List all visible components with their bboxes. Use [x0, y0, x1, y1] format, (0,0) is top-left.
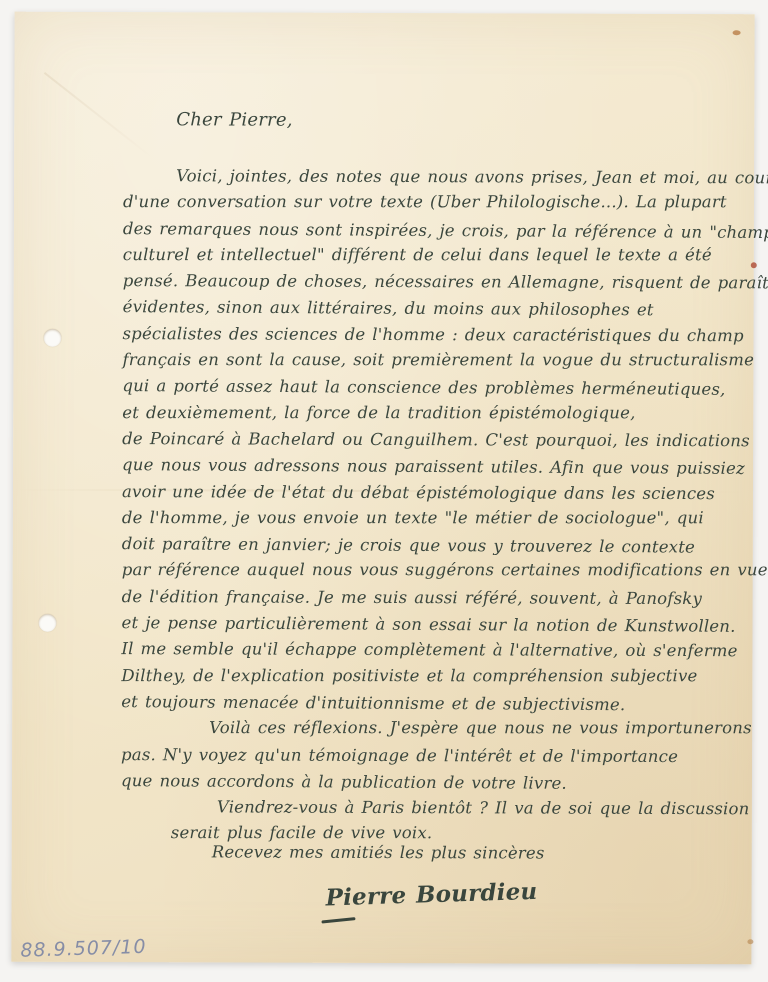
- letter-line: Il me semble qu'il échappe complètement …: [121, 636, 757, 665]
- signature: Pierre Bourdieu: [325, 878, 538, 912]
- letter-line: par référence auquel nous vous suggérons…: [122, 558, 758, 585]
- salutation: Cher Pierre,: [176, 109, 292, 130]
- letter-line: et deuxièmement, la force de la traditio…: [122, 400, 758, 427]
- letter-line: avoir une idée de l'état du débat épisté…: [122, 479, 758, 508]
- letter-line: évidentes, sinon aux littéraires, du moi…: [123, 295, 759, 325]
- letter-line: de l'édition française. Je me suis aussi…: [122, 584, 758, 613]
- letter-paper: Cher Pierre, Voici, jointes, des notes q…: [11, 12, 754, 965]
- letter-line: Voici, jointes, des notes que nous avons…: [123, 163, 759, 192]
- letter-line: et je pense particulièrement à son essai…: [121, 610, 757, 640]
- letter-line: d'une conversation sur votre texte (Uber…: [123, 189, 759, 216]
- letter-line: Dilthey, de l'explication positiviste et…: [121, 663, 757, 690]
- stain: [747, 939, 753, 944]
- letter-line: pensé. Beaucoup de choses, nécessaires e…: [123, 268, 759, 297]
- letter-line: qui a porté assez haut la conscience des…: [122, 373, 758, 403]
- catalog-number: 88.9.507/10: [20, 936, 147, 962]
- hole-punch: [43, 329, 61, 347]
- stain: [733, 30, 741, 35]
- letter-line: français en sont la cause, soit première…: [122, 347, 758, 374]
- closing-line: Recevez mes amitiés les plus sincères: [212, 842, 545, 862]
- paper-crease: [44, 72, 155, 160]
- letter-scan: Cher Pierre, Voici, jointes, des notes q…: [0, 0, 768, 982]
- letter-line: que nous vous adressons nous paraissent …: [122, 452, 758, 482]
- letter-line: spécialistes des sciences de l'homme : d…: [122, 321, 758, 350]
- letter-line: pas. N'y voyez qu'un témoignage de l'int…: [121, 742, 757, 771]
- letter-line: culturel et intellectuel" différent de c…: [123, 242, 759, 269]
- letter-line: de Poincaré à Bachelard ou Canguilhem. C…: [122, 426, 758, 455]
- letter-line: Voilà ces réflexions. J'espère que nous …: [121, 715, 757, 742]
- letter-line: de l'homme, je vous envoie un texte "le …: [122, 505, 758, 532]
- signature-flourish: [321, 917, 355, 923]
- letter-body: Voici, jointes, des notes que nous avons…: [121, 163, 759, 849]
- letter-line: que nous accordons à la publication de v…: [121, 768, 757, 798]
- letter-line: Viendrez-vous à Paris bientôt ? Il va de…: [121, 794, 757, 823]
- hole-punch: [38, 614, 56, 632]
